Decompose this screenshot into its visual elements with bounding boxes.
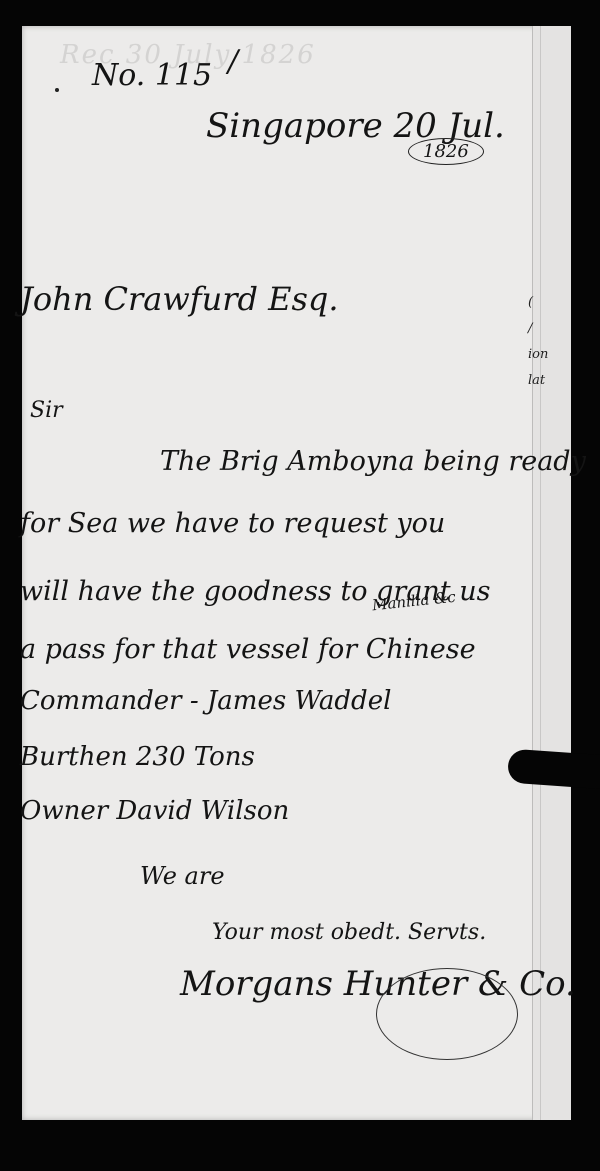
signature-flourish bbox=[376, 968, 518, 1060]
reference-number: No. 115 bbox=[92, 58, 212, 93]
binding-clip bbox=[507, 749, 600, 790]
salutation: Sir bbox=[30, 398, 63, 423]
margin-note: ( bbox=[528, 290, 548, 316]
ink-dot bbox=[55, 88, 59, 92]
signature: Morgans Hunter & Co. bbox=[180, 964, 576, 1004]
addressee: John Crawfurd Esq. bbox=[20, 280, 339, 318]
body-line-2: for Sea we have to request you bbox=[20, 508, 445, 539]
margin-notes: ( / ion lat bbox=[528, 290, 548, 394]
margin-note: / bbox=[528, 316, 548, 342]
fold-line bbox=[540, 26, 541, 1120]
burthen-line: Burthen 230 Tons bbox=[20, 742, 255, 772]
commander-line: Commander - James Waddel bbox=[20, 686, 391, 716]
paper-edge bbox=[532, 26, 571, 1120]
margin-note: lat bbox=[528, 368, 548, 394]
paper-sheet bbox=[22, 26, 570, 1120]
body-line-4: a pass for that vessel for Chinese bbox=[20, 634, 476, 665]
closing: We are bbox=[140, 862, 225, 890]
body-line-1: The Brig Amboyna being ready bbox=[160, 446, 586, 477]
tick-mark: / bbox=[228, 44, 238, 79]
margin-note: ion bbox=[528, 342, 548, 368]
owner-line: Owner David Wilson bbox=[20, 796, 289, 826]
valediction: Your most obedt. Servts. bbox=[212, 920, 486, 945]
year-circled: 1826 bbox=[408, 138, 484, 165]
